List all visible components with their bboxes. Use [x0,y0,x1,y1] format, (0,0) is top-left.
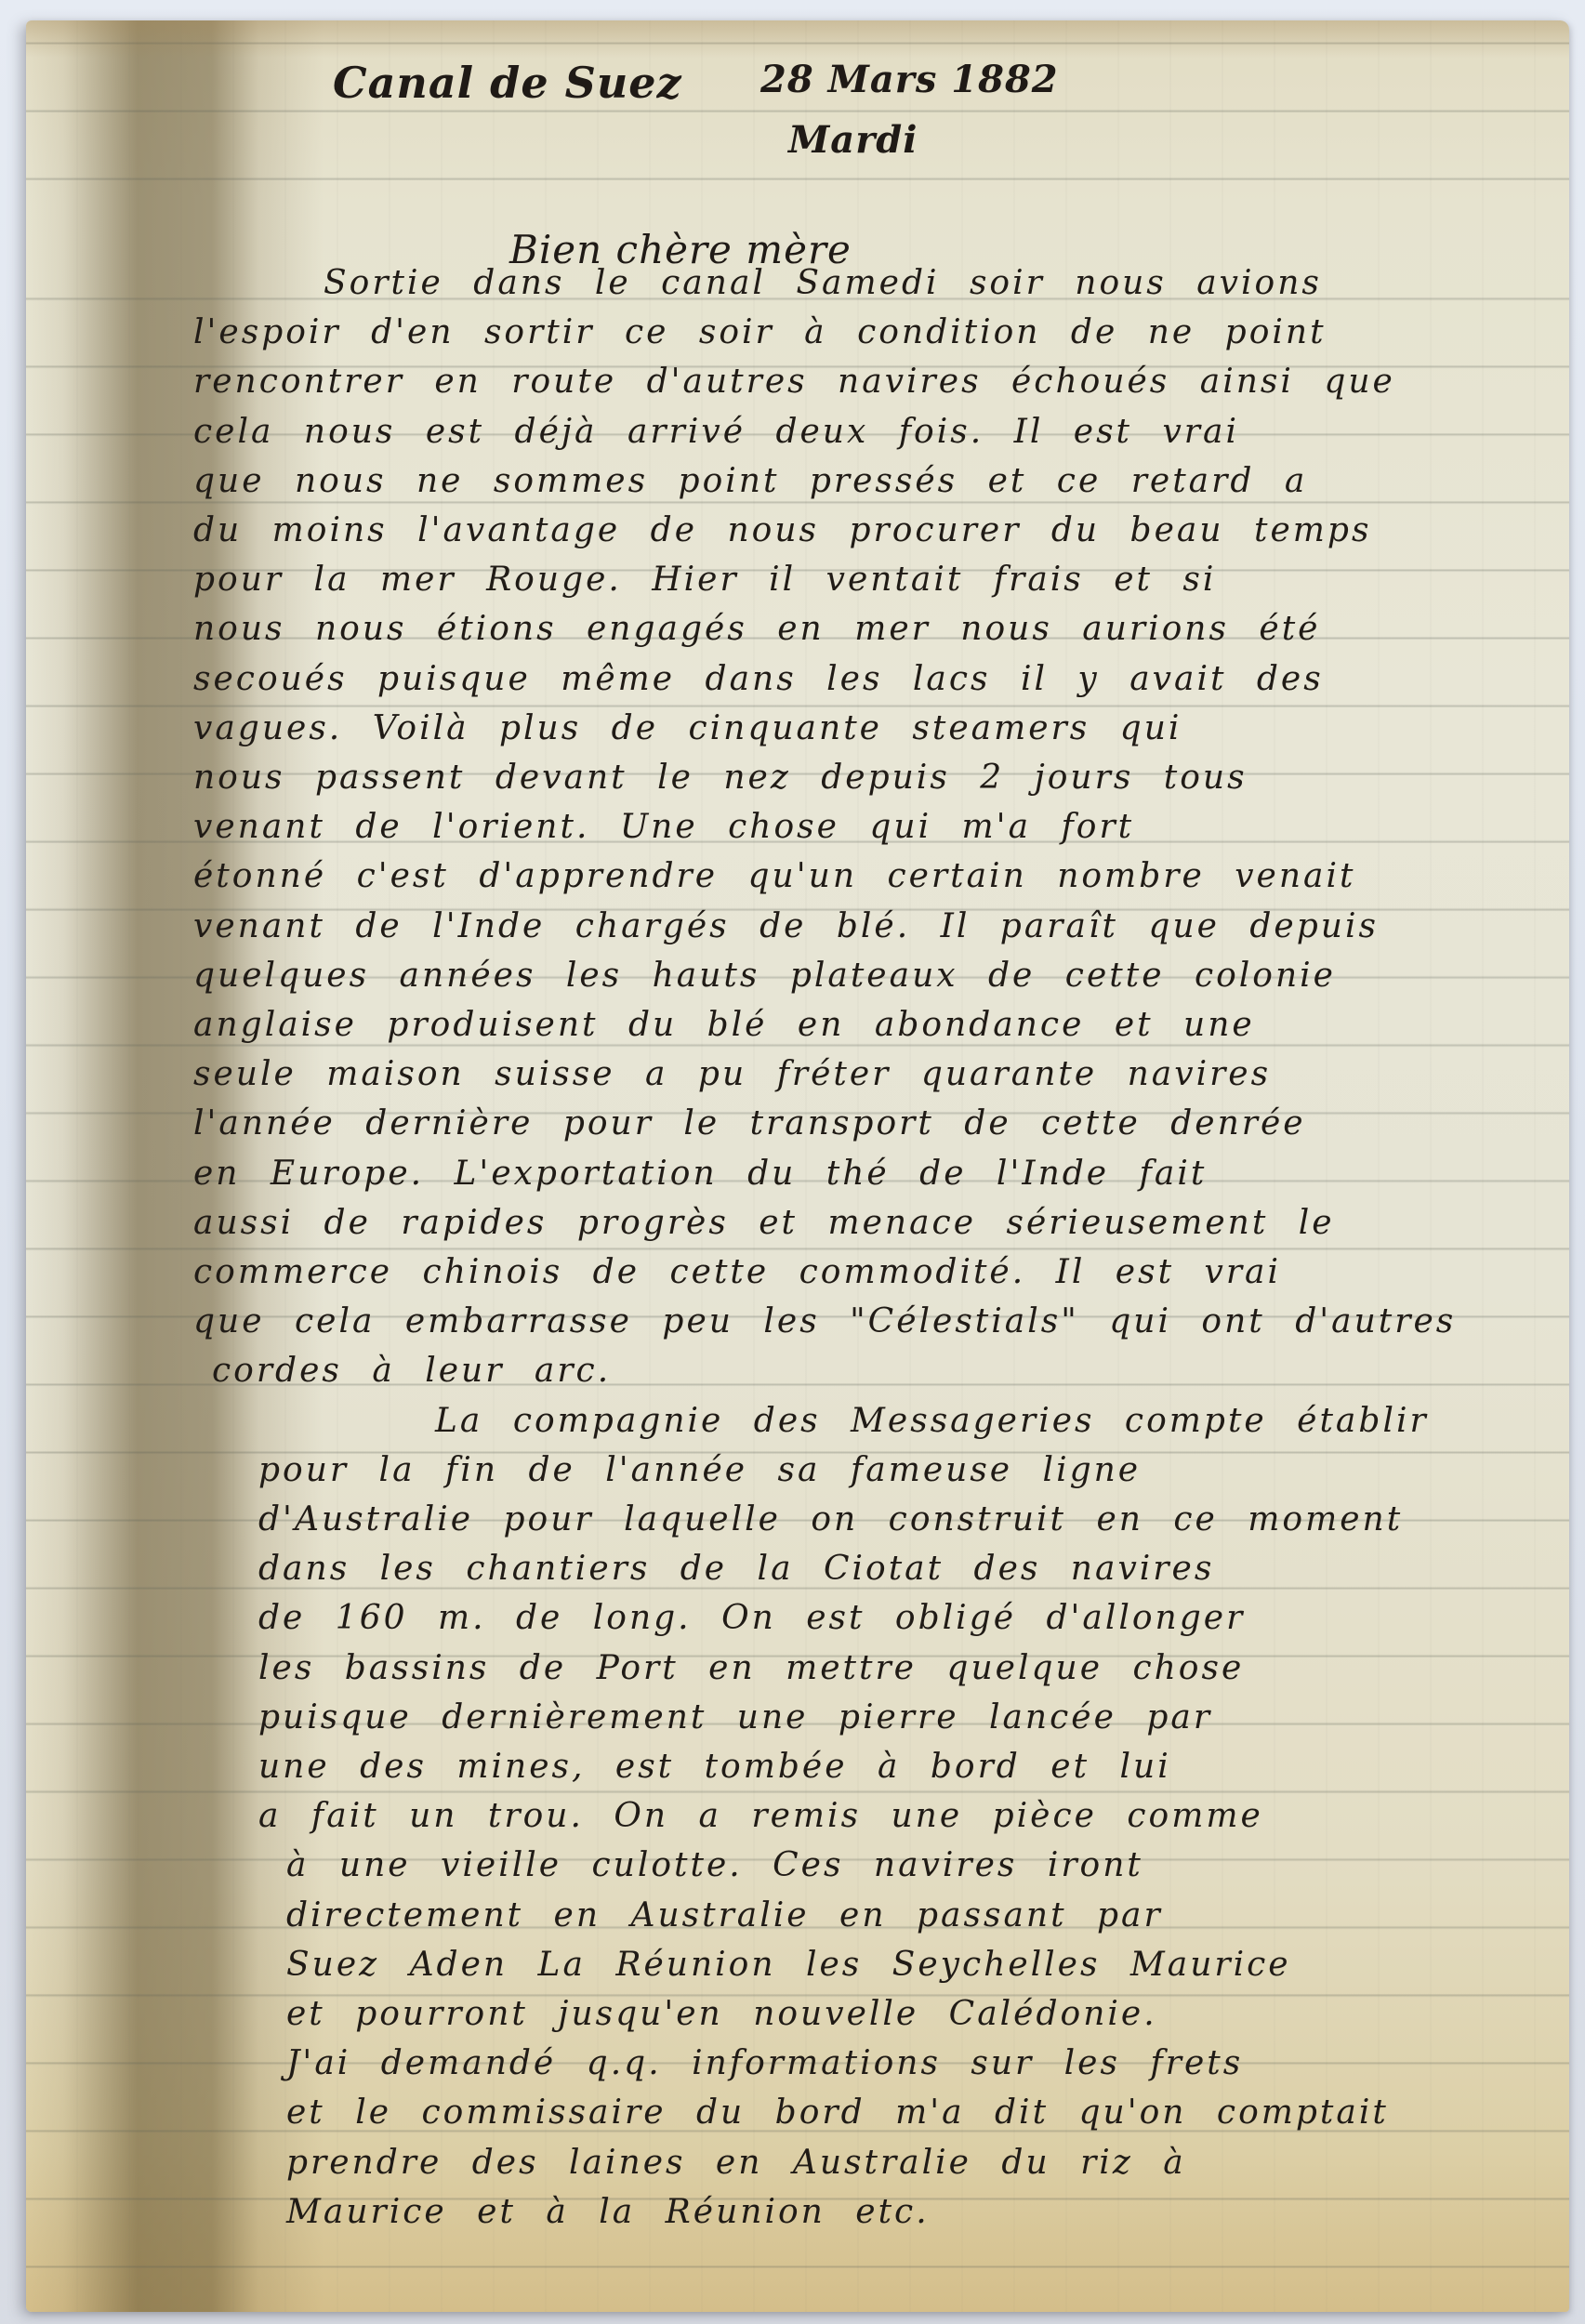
letter-line: directement en Australie en passant par [286,1896,1163,1934]
letter-line: que cela embarrasse peu les "Célestials"… [193,1302,1456,1340]
letter-line: une des mines, est tombée à bord et lui [258,1748,1171,1786]
letter-line: venant de l'Inde chargés de blé. Il para… [193,907,1379,945]
letter-line: nous passent devant le nez depuis 2 jour… [193,759,1248,797]
letter-line: quelques années les hauts plateaux de ce… [193,957,1336,995]
letter-body: Sortie dans le canal Samedi soir nous av… [26,20,1569,2312]
letter-line: les bassins de Port en mettre quelque ch… [258,1649,1244,1687]
letter-line: cordes à leur arc. [212,1352,611,1390]
letter-line: l'année dernière pour le transport de ce… [193,1104,1306,1142]
letter-line: rencontrer en route d'autres navires éch… [193,363,1395,401]
letter-line: prendre des laines en Australie du riz à [286,2144,1186,2182]
letter-line: étonné c'est d'apprendre qu'un certain n… [193,857,1355,895]
letter-line: dans les chantiers de la Ciotat des navi… [258,1550,1214,1588]
letter-line: secoués puisque même dans les lacs il y … [193,660,1324,698]
letter-line: en Europe. L'exportation du thé de l'Ind… [193,1155,1207,1193]
letter-line: anglaise produisent du blé en abondance … [193,1006,1255,1044]
letter-line: du moins l'avantage de nous procurer du … [193,511,1371,549]
letter-line: l'espoir d'en sortir ce soir à condition… [193,313,1327,351]
letter-line: d'Australie pour laquelle on construit e… [258,1500,1403,1538]
letter-line: vagues. Voilà plus de cinquante steamers… [193,709,1182,747]
letter-line: nous nous étions engagés en mer nous aur… [193,610,1320,648]
letter-page: Canal de Suez 28 Mars 1882 Mardi Bien ch… [26,20,1569,2312]
letter-line: pour la fin de l'année sa fameuse ligne [258,1451,1141,1489]
letter-line: et le commissaire du bord m'a dit qu'on … [286,2093,1389,2132]
letter-line: La compagnie des Messageries compte étab… [435,1402,1429,1440]
letter-line: venant de l'orient. Une chose qui m'a fo… [193,808,1134,846]
letter-line: que nous ne sommes point pressés et ce r… [193,462,1307,500]
letter-line: seule maison suisse a pu fréter quarante… [193,1055,1271,1093]
letter-line: a fait un trou. On a remis une pièce com… [258,1797,1263,1835]
letter-line: Maurice et à la Réunion etc. [286,2193,930,2231]
letter-line: à une vieille culotte. Ces navires iront [286,1846,1143,1884]
letter-line: Suez Aden La Réunion les Seychelles Maur… [286,1946,1291,1984]
letter-line: Sortie dans le canal Samedi soir nous av… [324,264,1322,302]
letter-line: et pourront jusqu'en nouvelle Calédonie. [286,1995,1157,2033]
letter-line: puisque dernièrement une pierre lancée p… [258,1698,1212,1736]
letter-line: commerce chinois de cette commodité. Il … [193,1253,1281,1291]
letter-line: pour la mer Rouge. Hier il ventait frais… [193,561,1216,599]
letter-line: cela nous est déjà arrivé deux fois. Il … [193,413,1239,451]
letter-line: J'ai demandé q.q. informations sur les f… [286,2044,1243,2082]
letter-line: aussi de rapides progrès et menace série… [193,1204,1335,1242]
letter-line: de 160 m. de long. On est obligé d'allon… [258,1599,1245,1637]
